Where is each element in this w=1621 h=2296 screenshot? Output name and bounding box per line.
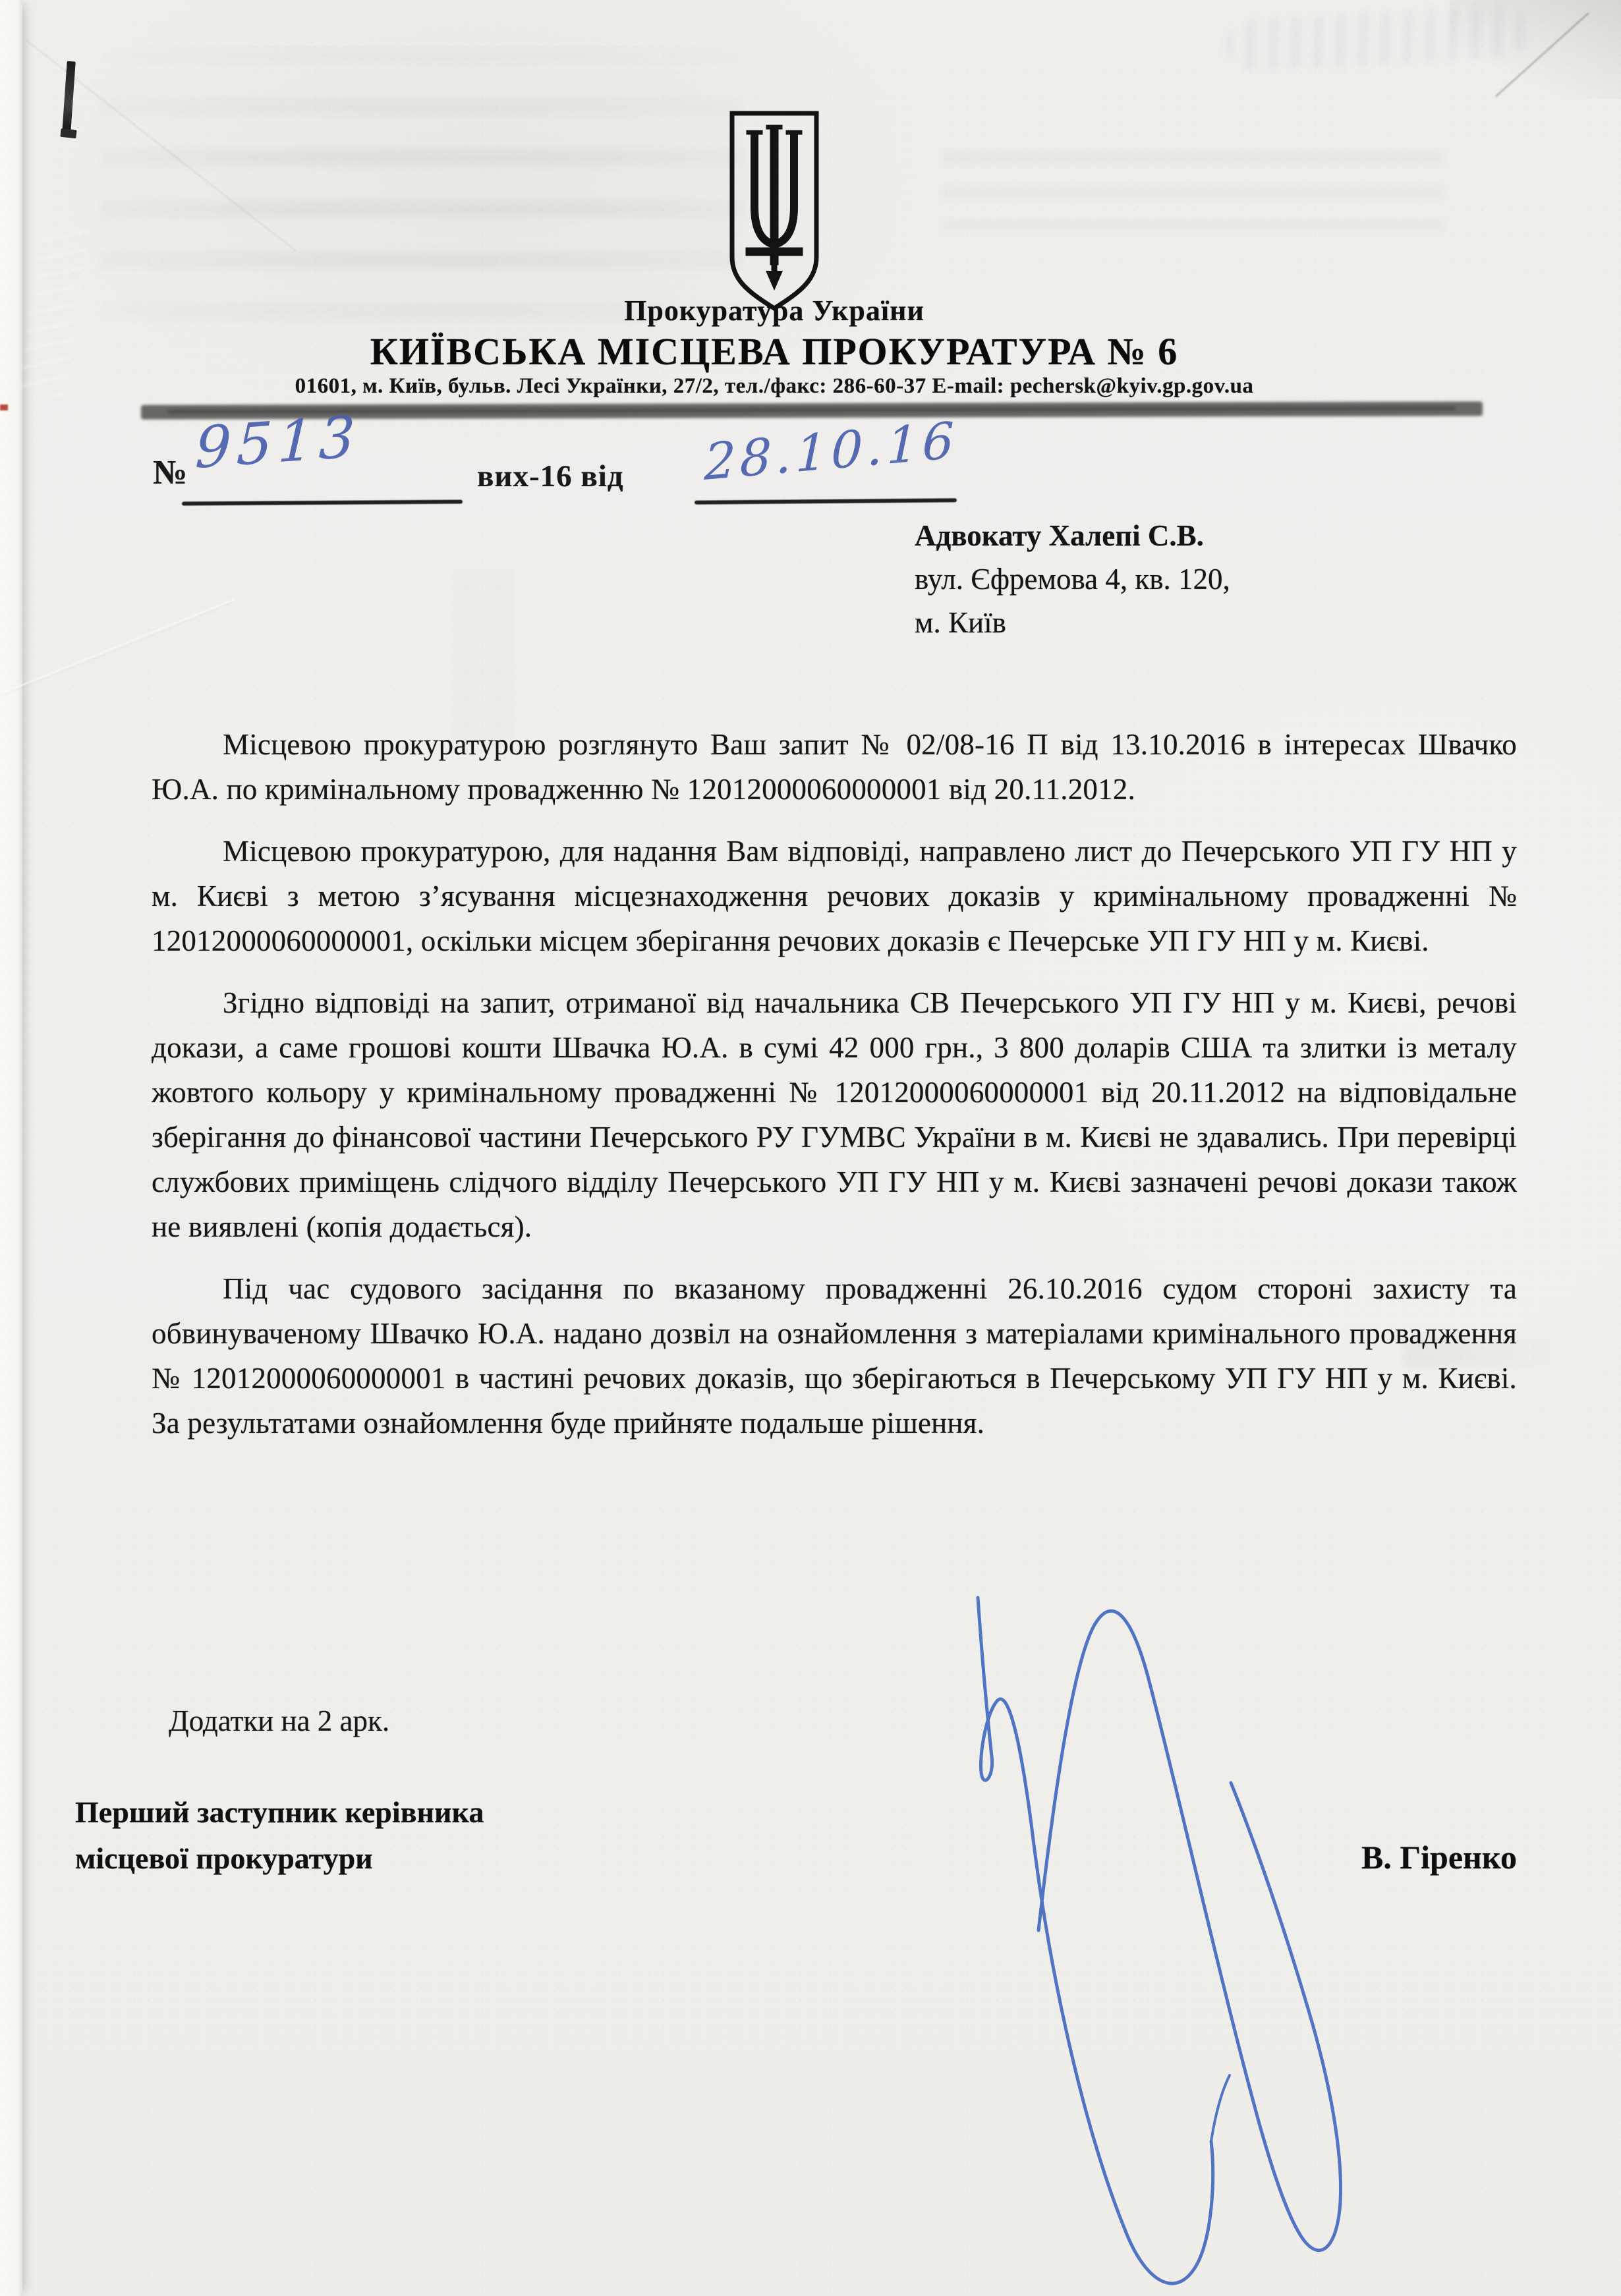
letter-body: Місцевою прокуратурою розглянуто Ваш зап… xyxy=(152,722,1517,1463)
ref-number-prefix: № xyxy=(153,453,187,492)
attachments-note: Додатки на 2 арк. xyxy=(169,1704,389,1738)
signer-title-line1: Перший заступник керівника xyxy=(75,1789,484,1835)
addressee-name: Адвокату Халепі С.В. xyxy=(915,514,1230,557)
handwritten-outgoing-number: 9513 xyxy=(194,404,362,482)
scanned-letter-page: Прокуратура України КИЇВСЬКА МІСЦЕВА ПРО… xyxy=(0,0,1621,2296)
signer-name: В. Гіренко xyxy=(1361,1838,1517,1876)
body-paragraph: Згідно відповіді на запит, отриманої від… xyxy=(152,980,1517,1249)
red-edge-mark xyxy=(0,405,8,410)
number-underline xyxy=(182,500,463,506)
paper-crease xyxy=(2,599,235,694)
staple-mark xyxy=(60,128,76,138)
body-paragraph: Під час судового засідання по вказаному … xyxy=(152,1266,1517,1445)
date-underline xyxy=(695,498,957,504)
bleed-through-smudge xyxy=(942,152,1443,231)
addressee-block: Адвокату Халепі С.В. вул. Єфремова 4, кв… xyxy=(915,514,1230,644)
signer-title: Перший заступник керівника місцевої прок… xyxy=(75,1789,484,1882)
ref-middle-text: вих-16 від xyxy=(477,459,624,494)
org-name-title: КИЇВСЬКА МІСЦЕВА ПРОКУРАТУРА № 6 xyxy=(0,329,1549,374)
toner-speckle-strip xyxy=(455,573,514,744)
org-country-title: Прокуратура України xyxy=(0,294,1549,327)
addressee-city: м. Київ xyxy=(915,601,1230,644)
ukraine-trident-icon xyxy=(728,109,820,317)
body-paragraph: Місцевою прокуратурою розглянуто Ваш зап… xyxy=(152,722,1517,812)
body-paragraph: Місцевою прокуратурою, для надання Вам в… xyxy=(152,829,1517,963)
org-address-line: 01601, м. Київ, бульв. Лесі Українки, 27… xyxy=(0,374,1549,399)
addressee-street: вул. Єфремова 4, кв. 120, xyxy=(915,557,1230,601)
signer-title-line2: місцевої прокуратури xyxy=(75,1835,484,1882)
handwritten-date: 28.10.16 xyxy=(704,410,959,491)
handwritten-signature xyxy=(923,1568,1384,2296)
staple-mark xyxy=(62,61,76,133)
page-corner-curl xyxy=(1450,0,1621,99)
